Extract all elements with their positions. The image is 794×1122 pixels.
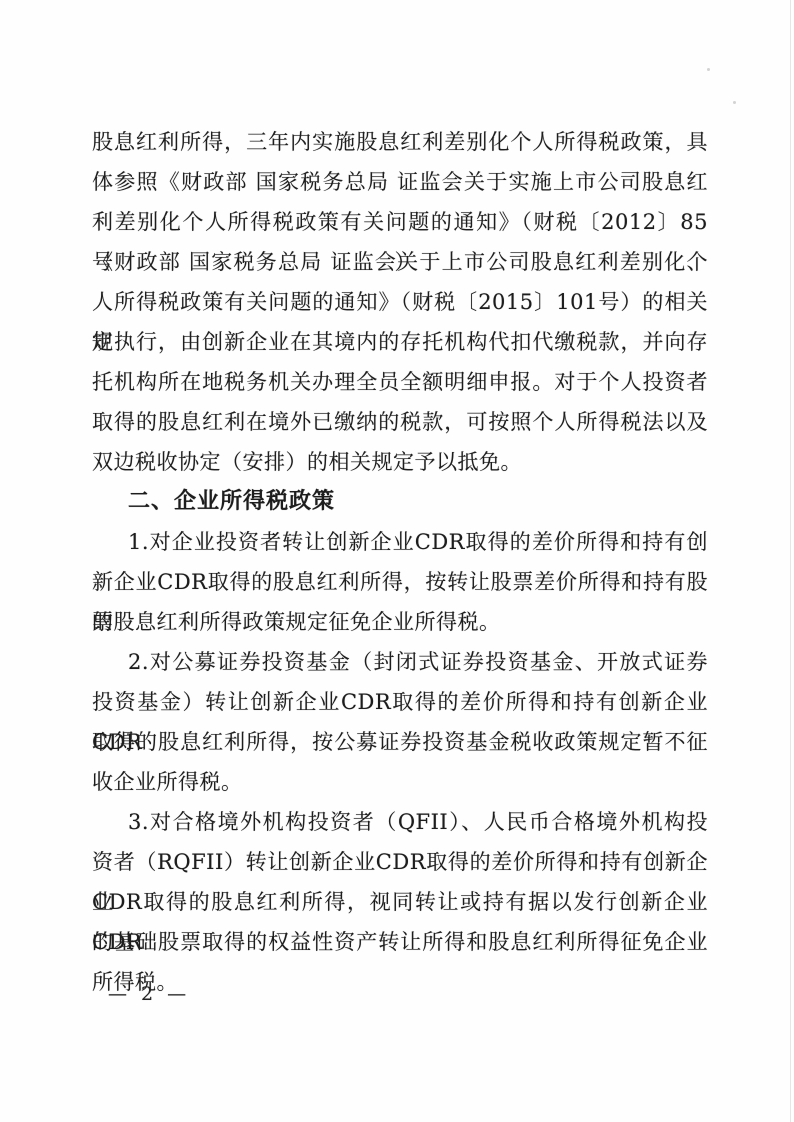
text-line: 的股息红利所得政策规定征免企业所得税。 [92,602,708,642]
text-line: CDR取得的股息红利所得，视同转让或持有据以发行创新企业CDR [92,882,708,922]
text-line: 股息红利所得，三年内实施股息红利差别化个人所得税政策，具 [92,122,708,162]
text-line: 2.对公募证券投资基金（封闭式证券投资基金、开放式证券 [92,642,708,682]
text-line: 双边税收协定（安排）的相关规定予以抵免。 [92,442,708,482]
text-line: 的基础股票取得的权益性资产转让所得和股息红利所得征免企业 [92,922,708,962]
text-line: 收企业所得税。 [92,762,708,802]
scan-speck [707,68,710,71]
page-number: — 2 — [108,983,190,1005]
text-line: 投资基金）转让创新企业CDR取得的差价所得和持有创新企业CDR [92,682,708,722]
text-line: 《财政部 国家税务总局 证监会关于上市公司股息红利差别化个 [92,242,708,282]
scan-edge-artifact [790,0,791,1122]
text-line: 托机构所在地税务机关办理全员全额明细申报。对于个人投资者 [92,362,708,402]
text-line: 资者（RQFII）转让创新企业CDR取得的差价所得和持有创新企业 [92,842,708,882]
text-line: 定执行，由创新企业在其境内的存托机构代扣代缴税款，并向存 [92,322,708,362]
scan-speck [733,101,736,104]
text-line: 取得的股息红利在境外已缴纳的税款，可按照个人所得税法以及 [92,402,708,442]
text-line: 取得的股息红利所得，按公募证券投资基金税收政策规定暂不征 [92,722,708,762]
text-line: 利差别化个人所得税政策有关问题的通知》（财税〔2012〕85号）、 [92,202,708,242]
text-line: 新企业CDR取得的股息红利所得，按转让股票差价所得和持有股票 [92,562,708,602]
text-line: 1.对企业投资者转让创新企业CDR取得的差价所得和持有创 [92,522,708,562]
document-text-block: 股息红利所得，三年内实施股息红利差别化个人所得税政策，具体参照《财政部 国家税务… [92,122,708,1002]
section-heading: 二、企业所得税政策 [92,482,708,522]
text-line: 3.对合格境外机构投资者（QFII）、人民币合格境外机构投 [92,802,708,842]
text-line: 人所得税政策有关问题的通知》（财税〔2015〕101号）的相关规 [92,282,708,322]
document-page: 股息红利所得，三年内实施股息红利差别化个人所得税政策，具体参照《财政部 国家税务… [0,0,794,1122]
text-line: 体参照《财政部 国家税务总局 证监会关于实施上市公司股息红 [92,162,708,202]
